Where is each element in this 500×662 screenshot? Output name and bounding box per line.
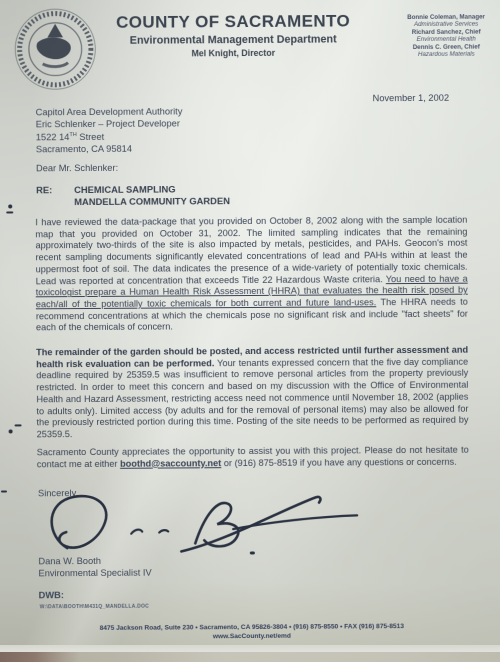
re-block: RE: CHEMICAL SAMPLING MANDELLA COMMUNITY…	[36, 183, 230, 208]
punch-mark	[8, 204, 12, 208]
signer-name: Dana W. Booth	[38, 556, 151, 568]
recipient-address: Capitol Area Development Authority Eric …	[36, 106, 183, 156]
document-file-path: W:\DATA\BOOTH\M431Q_MANDELLA.DOC	[40, 604, 149, 611]
p3-text-end: or (916) 875-8519 if you have any questi…	[221, 456, 457, 467]
recipient-street: 1522 14TH Street	[36, 130, 183, 145]
punch-mark	[15, 424, 22, 426]
signer-block: Dana W. Booth Environmental Specialist I…	[38, 556, 151, 580]
recipient-contact: Eric Schlenker – Project Developer	[36, 118, 183, 131]
letterhead-county-title: COUNTY OF SACRAMENTO	[108, 11, 358, 33]
letter-paper: COUNTY OF SACRAMENTO Environmental Manag…	[0, 0, 500, 662]
body-paragraph-2: The remainder of the garden should be po…	[36, 345, 469, 441]
footer-website: www.SacCounty.net/emd	[2, 631, 500, 643]
punch-mark	[6, 211, 13, 213]
letterhead-department: Environmental Management Department	[108, 33, 358, 47]
letterhead-staff-list: Bonnie Coleman, Manager Administrative S…	[396, 13, 496, 58]
photo-frame: COUNTY OF SACRAMENTO Environmental Manag…	[0, 0, 500, 662]
county-seal-icon	[11, 7, 100, 92]
letter-footer: 8475 Jackson Road, Suite 230 • Sacrament…	[2, 622, 500, 642]
email-address: boothd@saccounty.net	[120, 458, 221, 469]
body-paragraph-3: Sacramento County appreciates the opport…	[37, 445, 469, 471]
letterhead-director: Mel Knight, Director	[108, 47, 358, 59]
recipient-city: Sacramento, CA 95814	[36, 144, 183, 157]
letterhead: COUNTY OF SACRAMENTO Environmental Manag…	[108, 11, 358, 59]
recipient-organization: Capitol Area Development Authority	[36, 106, 183, 119]
street-ordinal: TH	[69, 132, 76, 138]
re-subject-line1: CHEMICAL SAMPLING	[74, 183, 175, 196]
body-paragraph-1: I have reviewed the data-package that yo…	[35, 215, 468, 335]
re-label: RE:	[36, 184, 74, 196]
typist-initials: DWB:	[39, 590, 64, 600]
letter-date: November 1, 2002	[373, 93, 450, 103]
re-subject-line2: MANDELLA COMMUNITY GARDEN	[74, 195, 230, 208]
signer-title: Environmental Specialist IV	[38, 567, 151, 579]
salutation: Dear Mr. Schlenker:	[36, 163, 118, 174]
punch-mark	[1, 490, 7, 492]
signature-icon	[35, 488, 365, 562]
staff-title: Hazardous Materials	[396, 51, 496, 59]
punch-mark	[9, 429, 13, 433]
